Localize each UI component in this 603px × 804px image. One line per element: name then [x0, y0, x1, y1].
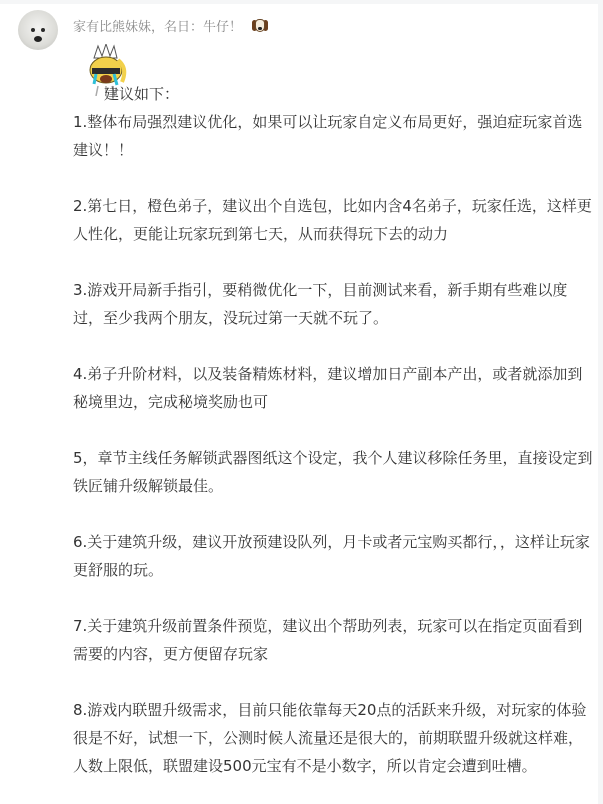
author-name[interactable]: 家有比熊妹妹，名日：牛仔！ — [73, 20, 242, 35]
avatar[interactable] — [18, 10, 58, 50]
post-body: 建议如下： 1.整体布局强烈建议优化，如果可以让玩家自定义布局更好，强迫症玩家首… — [73, 80, 593, 780]
suggestion-paragraph: 6.关于建筑升级，建议开放预建设队列，月卡或者元宝购买都行，，这样让玩家更舒服的… — [73, 528, 593, 584]
comment-card: 家有比熊妹妹，名日：牛仔！ 建议如下： 1.整体布局强烈建议优化，如果可以让玩家… — [0, 4, 598, 799]
suggestion-paragraph: 4.弟子升阶材料，以及装备精炼材料，建议增加日产副本产出，或者就添加到秘境里边，… — [73, 360, 593, 416]
suggestion-paragraph: 1.整体布局强烈建议优化，如果可以让玩家自定义布局更好，强迫症玩家首选建议！！ — [73, 108, 593, 164]
suggestion-paragraph: 3.游戏开局新手指引，要稍微优化一下，目前测试来看，新手期有些难以度过，至少我两… — [73, 276, 593, 332]
suggestion-paragraph: 2.第七日，橙色弟子，建议出个自选包，比如内含4名弟子，玩家任选，这样更人性化，… — [73, 192, 593, 248]
suggestion-paragraph: 7.关于建筑升级前置条件预览，建议出个帮助列表，玩家可以在指定页面看到需要的内容… — [73, 612, 593, 668]
avatar-eye — [31, 28, 35, 32]
suggestion-paragraph: 8.游戏内联盟升级需求，目前只能依靠每天20点的活跃来升级，对玩家的体验很是不好… — [73, 696, 593, 780]
suggestion-paragraph: 5，章节主线任务解锁武器图纸这个设定，我个人建议移除任务里，直接设定到铁匠铺升级… — [73, 444, 593, 500]
avatar-eye — [41, 28, 45, 32]
dog-face-icon — [252, 18, 268, 34]
author-name-row: 家有比熊妹妹，名日：牛仔！ — [73, 16, 268, 35]
avatar-nose — [34, 36, 42, 42]
post-lead: 建议如下： — [73, 80, 593, 108]
